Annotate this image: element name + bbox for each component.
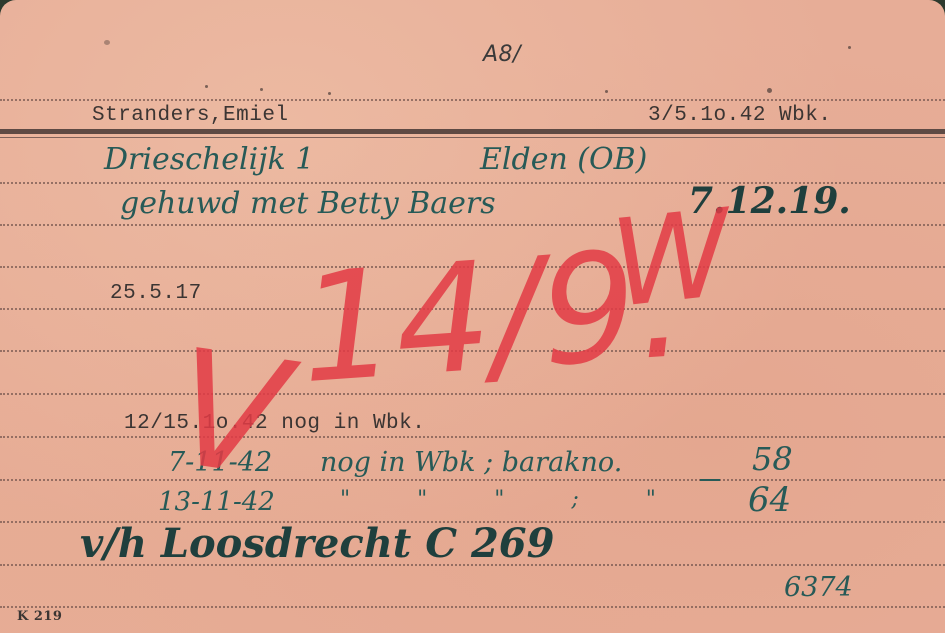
status-ditto-2: " " " ; "	[340, 487, 686, 512]
married-line: gehuwd met Betty Baers	[120, 186, 496, 221]
arrival-date: 3/5.1o.42 Wbk.	[648, 104, 831, 127]
dotted-line	[0, 479, 945, 481]
place-line: Elden (OB)	[480, 142, 647, 177]
header-rule-thin	[0, 137, 945, 138]
dotted-line	[0, 224, 945, 226]
header-rule	[0, 129, 945, 134]
ink-speck	[104, 40, 110, 45]
underline-mark	[700, 479, 720, 481]
ink-speck	[605, 90, 608, 93]
person-name: Stranders,Emiel	[92, 104, 289, 127]
card-number: 6374	[784, 572, 853, 603]
ink-speck	[328, 92, 331, 95]
dotted-line	[0, 606, 945, 608]
address-line: Drieschelijk 1	[104, 142, 314, 177]
ink-speck	[205, 85, 208, 88]
red-initials-mark: W	[605, 184, 738, 335]
dotted-line	[0, 99, 945, 101]
ink-speck	[848, 46, 851, 49]
dotted-line	[0, 436, 945, 438]
index-card: A8/ Stranders,Emiel 3/5.1o.42 Wbk. Dries…	[0, 0, 945, 633]
ink-speck	[260, 88, 263, 91]
barrack-number-1: 58	[752, 440, 793, 478]
top-code: A8/	[483, 42, 521, 67]
status-text-1: nog in Wbk ; barakno.	[320, 447, 622, 478]
birth-date: 25.5.17	[110, 282, 202, 305]
barrack-number-2: 64	[748, 480, 791, 520]
ink-speck	[767, 88, 772, 93]
form-code: K 219	[17, 609, 62, 624]
red-v-mark: V	[163, 313, 297, 513]
transfer-line: v/h Loosdrecht C 269	[80, 520, 554, 567]
